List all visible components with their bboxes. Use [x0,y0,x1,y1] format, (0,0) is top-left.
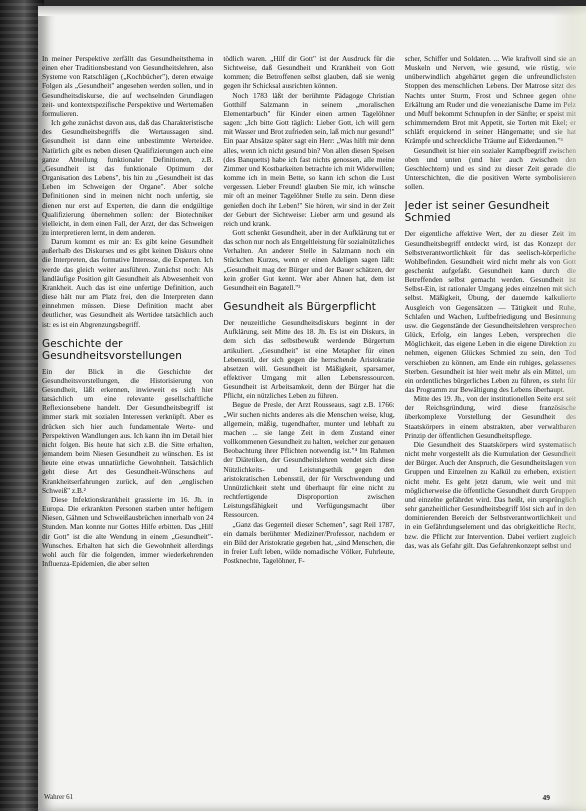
page-number: 49 [543,793,551,802]
paragraph: scher, Schiffer und Soldaten. ... Wie kr… [405,54,576,146]
section-heading: Jeder ist seiner Gesundheit Schmied [405,200,576,224]
paragraph: Ein der Blick in die Geschichte der Gesu… [42,367,213,495]
paragraph: Begue de Presle, der Arzt Rousseaus, sag… [223,400,394,519]
paragraph: „Ganz das Gegenteil dieser Schemen", sag… [223,520,394,566]
text-columns: In meiner Perspektive zerfällt das Gesun… [42,54,576,774]
paragraph: Diese Infektionskrankheit grassierte im … [42,495,213,568]
magazine-page: In meiner Perspektive zerfällt das Gesun… [38,6,586,811]
paragraph: Der eigentliche affektive Wert, der zu d… [405,229,576,394]
paragraph: Gesundheit ist hier ein sozialer Kampfbe… [405,146,576,192]
column-2: tödlich waren. „Hilf dir Gott" ist der A… [223,54,394,774]
section-heading: Geschichte der Gesundheitsvorstellungen [42,338,213,362]
section-heading: Gesundheit als Bürgerpflicht [223,301,394,313]
page-top-edge [38,6,586,16]
paragraph: Ich gehe zunächst davon aus, daß das Cha… [42,118,213,237]
paragraph: tödlich waren. „Hilf dir Gott" ist der A… [223,54,394,91]
paragraph: Gott schenkt Gesundheit, aber in der Auf… [223,228,394,292]
page-edge-shadow [552,6,586,811]
column-3: scher, Schiffer und Soldaten. ... Wie kr… [405,54,576,774]
paragraph: In meiner Perspektive zerfällt das Gesun… [42,54,213,118]
footer-publication: Wahrer 61 [44,793,73,801]
paragraph: Darum kommt es mir an: Es gibt keine Ges… [42,237,213,329]
paragraph: Der neuzeitliche Gesundheitsdiskurs begi… [223,318,394,400]
paragraph: Noch 1783 läßt der berühmte Pädagoge Chr… [223,91,394,228]
paragraph: Die Gesundheit des Staatskörpers wird sy… [405,440,576,550]
column-1: In meiner Perspektive zerfällt das Gesun… [42,54,213,774]
paragraph: Mitte des 19. Jh., von der institutionel… [405,394,576,440]
